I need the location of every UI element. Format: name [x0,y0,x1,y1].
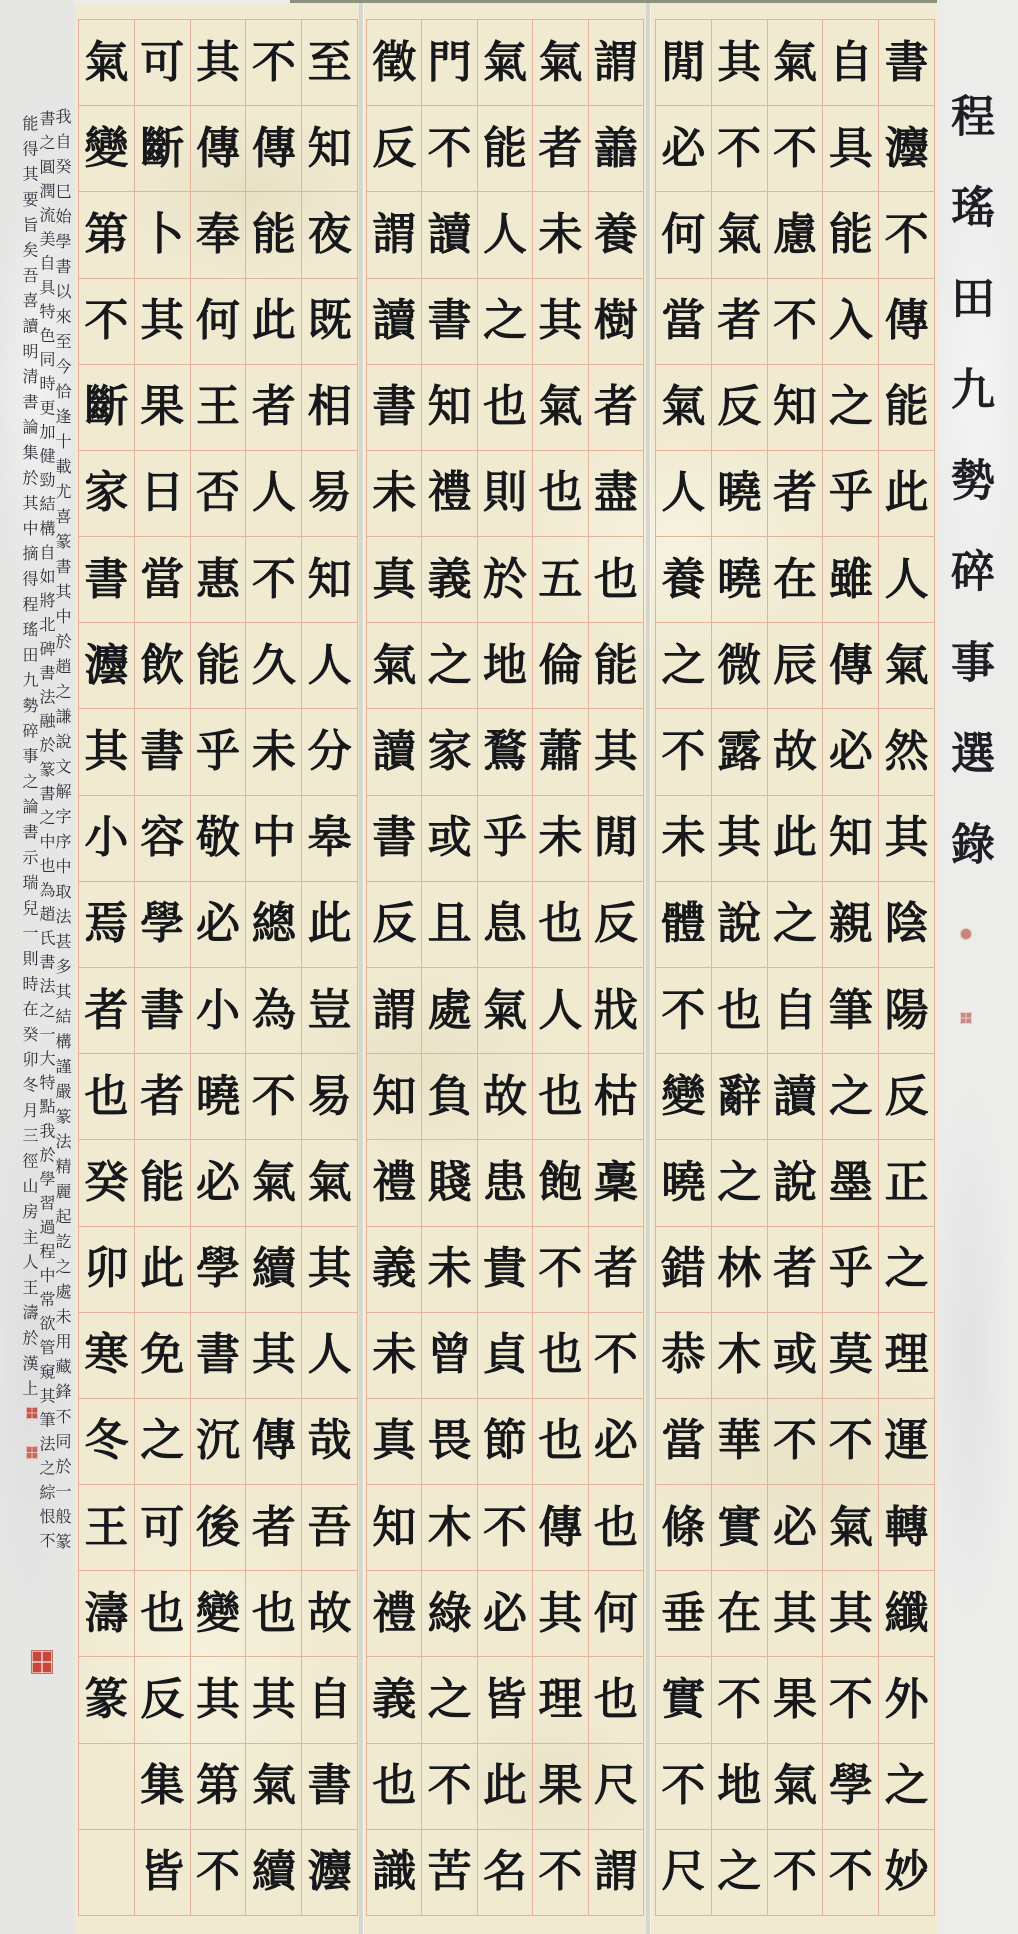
grid-cell: 氣 [245,1744,301,1830]
grid-cell: 木 [711,1313,767,1399]
seal-script-character: 也 [140,1592,184,1636]
grid-cell: 在 [711,1571,767,1657]
grid-cell: 辰 [767,623,823,709]
seal-script-character: 氣 [717,213,761,257]
seal-script-character: 陽 [885,989,929,1033]
seal-script-character: 氣 [372,644,416,688]
seal-script-character: 卜 [140,213,184,257]
grid-cell: 其 [532,1571,587,1657]
grid-cell: 負 [421,1054,476,1140]
seal-script-character: 書 [372,385,416,429]
grid-cell: 也 [532,451,587,537]
grid-cell: 飽 [532,1140,587,1226]
grid-cell: 不 [822,1399,878,1485]
grid-cell: 處 [421,968,476,1054]
grid-cell: 露 [711,709,767,795]
grid-cell: 也 [588,537,643,623]
seal-script-character: 氣 [84,41,128,85]
grid-cell: 哉 [301,1399,357,1485]
grid-cell: 不 [190,1830,246,1916]
grid-cell: 入 [822,279,878,365]
seal-script-character: 不 [483,1506,527,1550]
grid-cell: 其 [711,20,767,106]
grid-cell: 反 [588,882,643,968]
grid-cell: 不 [822,1657,878,1743]
seal-script-character: 也 [538,1075,582,1119]
grid-cell: 轉 [878,1485,934,1571]
grid-cell: 變 [655,1054,711,1140]
grid-cell: 書 [78,537,134,623]
seal-script-character: 木 [428,1506,472,1550]
seal-script-character: 之 [428,644,472,688]
seal-script-character: 不 [252,41,296,85]
grid-cell: 其 [78,709,134,795]
seal-script-character: 未 [372,471,416,515]
grid-cell: 曉 [655,1140,711,1226]
grid-cell: 於 [477,537,532,623]
grid-cell: 未 [655,796,711,882]
grid-cell: 盡 [588,451,643,537]
seal-script-character: 曾 [428,1333,472,1377]
grid-cell: 之 [711,1140,767,1226]
seal-script-character: 息 [483,902,527,946]
seal-script-character: 不 [829,1678,873,1722]
grid-cell: 木 [421,1485,476,1571]
grid-cell: 且 [421,882,476,968]
seal-script-character: 敬 [196,816,240,860]
grid-cell: 自 [767,968,823,1054]
seal-script-character: 分 [308,730,352,774]
seal-script-character: 不 [773,1850,817,1894]
seal-script-character: 乎 [196,730,240,774]
seal-script-character: 木 [717,1333,761,1377]
grid-cell: 也 [477,365,532,451]
seal-script-character: 也 [372,1764,416,1808]
seal-script-character: 哉 [308,1419,352,1463]
grid-cell: 其 [588,709,643,795]
seal-script-character: 沉 [196,1419,240,1463]
colophon-seal-1-icon [26,1407,38,1419]
seal-script-character: 能 [483,127,527,171]
grid-cell: 乎 [822,1227,878,1313]
grid-cell: 不 [655,709,711,795]
grid-cell: 第 [78,192,134,278]
grid-cell: 此 [245,279,301,365]
seal-script-character: 體 [661,902,705,946]
grid-cell: 辭 [711,1054,767,1140]
grid-cell: 慮 [767,192,823,278]
grid-cell: 氣 [477,968,532,1054]
seal-script-character: 垂 [661,1592,705,1636]
grid-cell: 故 [767,709,823,795]
grid-cell: 謂 [366,192,421,278]
seal-script-character: 灋 [84,644,128,688]
seal-script-character: 華 [717,1419,761,1463]
seal-script-character: 皋 [308,816,352,860]
grid-cell: 分 [301,709,357,795]
grid-cell: 枯 [588,1054,643,1140]
grid-cell: 識 [366,1830,421,1916]
seal-script-character: 何 [196,299,240,343]
grid-cell: 之 [421,1657,476,1743]
seal-script-character: 書 [84,558,128,602]
seal-script-character: 易 [308,471,352,515]
seal-script-character: 知 [308,558,352,602]
seal-script-character: 故 [483,1075,527,1119]
seal-script-character: 此 [885,471,929,515]
seal-script-character: 傳 [538,1506,582,1550]
seal-script-character: 書 [885,41,929,85]
seal-script-character: 倫 [538,644,582,688]
seal-script-character: 此 [773,816,817,860]
seal-script-character: 也 [538,1419,582,1463]
grid-cell: 也 [134,1571,190,1657]
seal-script-character: 或 [773,1333,817,1377]
grid-cell: 不 [477,1485,532,1571]
grid-cell: 冬 [78,1399,134,1485]
grid-cell: 閒 [655,20,711,106]
grid-cell: 知 [366,1054,421,1140]
grid-cell: 此 [878,451,934,537]
seal-script-character: 此 [308,902,352,946]
grid-cell: 也 [245,1571,301,1657]
seal-script-character: 之 [717,1850,761,1894]
grid-cell: 說 [767,1140,823,1226]
seal-script-character: 謂 [372,989,416,1033]
seal-script-character: 久 [252,644,296,688]
grid-cell: 不 [421,106,476,192]
seal-script-character: 正 [885,1161,929,1205]
colophon-line-1: 我自癸巳始學書以來至今恰逢十載尤喜篆書其中於趙之謙說文解字序中取法甚多其結構謹嚴… [54,108,70,1558]
grid-cell: 未 [421,1227,476,1313]
seal-script-character: 不 [773,299,817,343]
title-round-seal-icon [960,928,972,940]
seal-script-character: 者 [594,385,638,429]
seal-script-character: 盡 [594,471,638,515]
seal-script-character: 理 [885,1333,929,1377]
grid-cell: 正 [878,1140,934,1226]
grid-cell: 灋 [301,1830,357,1916]
seal-script-character: 易 [308,1075,352,1119]
grid-cell: 可 [134,1485,190,1571]
seal-script-character: 必 [196,1161,240,1205]
title-square-seal-icon [960,1012,972,1024]
grid-cell: 既 [301,279,357,365]
grid-cell: 患 [477,1140,532,1226]
grid-cell: 之 [421,623,476,709]
seal-script-character: 讀 [372,299,416,343]
seal-script-character: 閒 [594,816,638,860]
grid-cell: 貴 [477,1227,532,1313]
grid-cell: 也 [366,1744,421,1830]
grid-cell: 氣 [301,1140,357,1226]
seal-script-character: 可 [140,1506,184,1550]
grid-cell: 奉 [190,192,246,278]
grid-cell: 義 [366,1657,421,1743]
seal-script-character: 不 [773,127,817,171]
grid-cell: 敬 [190,796,246,882]
seal-script-character: 筆 [829,989,873,1033]
seal-script-character: 癸 [84,1161,128,1205]
grid-cell: 變 [190,1571,246,1657]
seal-script-character: 免 [140,1333,184,1377]
seal-script-character: 傳 [885,299,929,343]
seal-script-character: 斷 [140,127,184,171]
seal-script-character: 蕭 [538,730,582,774]
seal-script-character: 鶩 [483,730,527,774]
seal-script-character: 知 [773,385,817,429]
seal-script-character: 未 [372,1333,416,1377]
seal-script-character: 譱 [594,127,638,171]
seal-script-character: 氣 [885,644,929,688]
name-seal-icon [32,1651,52,1673]
seal-script-character: 吾 [308,1506,352,1550]
seal-script-character: 徵 [372,41,416,85]
grid-cell: 讀 [767,1054,823,1140]
grid-cell: 錯 [655,1227,711,1313]
grid-cell: 反 [366,106,421,192]
grid-cell: 能 [588,623,643,709]
seal-script-character: 真 [372,558,416,602]
seal-script-character: 名 [483,1850,527,1894]
seal-script-character: 氣 [538,41,582,85]
grid-cell: 妙 [878,1830,934,1916]
grid-cell: 必 [655,106,711,192]
grid-cell: 寒 [78,1313,134,1399]
grid-cell: 綠 [421,1571,476,1657]
seal-script-character: 飲 [140,644,184,688]
seal-script-character: 者 [252,385,296,429]
grid-cell: 不 [78,279,134,365]
seal-script-character: 相 [308,385,352,429]
seal-script-character: 恭 [661,1333,705,1377]
grid-cell: 人 [301,623,357,709]
grid-cell: 不 [245,537,301,623]
grid-cell: 篆 [78,1657,134,1743]
grid-cell: 容 [134,796,190,882]
seal-script-character: 乎 [483,816,527,860]
seal-script-character: 可 [140,41,184,85]
seal-script-character: 自 [773,989,817,1033]
grid-cell: 禮 [366,1571,421,1657]
grid-cell: 者 [711,279,767,365]
seal-script-character: 禮 [428,471,472,515]
grid-cell: 也 [532,1054,587,1140]
seal-script-character: 外 [885,1678,929,1722]
seal-script-character: 變 [196,1592,240,1636]
grid-cell: 者 [245,1485,301,1571]
grid-cell: 微 [711,623,767,709]
grid-cell: 果 [767,1657,823,1743]
seal-script-character: 焉 [84,902,128,946]
seal-script-character: 篆 [84,1678,128,1722]
grid-cell: 何 [655,192,711,278]
seal-script-character: 此 [140,1247,184,1291]
seal-script-character: 皆 [483,1678,527,1722]
grid-cell: 反 [878,1054,934,1140]
colophon-line-2: 書之圓潤流美自具特色同時更加健勁結構自如將北碑書法融於篆書之中也為趙氏書法之一大… [38,110,54,1556]
seal-script-character: 斷 [84,385,128,429]
grid-cell: 垂 [655,1571,711,1657]
seal-script-character: 賤 [428,1161,472,1205]
grid-cell: 也 [588,1657,643,1743]
grid-cell: 日 [134,451,190,537]
seal-script-character: 纖 [885,1592,929,1636]
seal-script-character: 錯 [661,1247,705,1291]
grid-cell: 反 [711,365,767,451]
seal-script-character: 曉 [661,1161,705,1205]
grid-cell: 當 [134,537,190,623]
grid-cell: 斷 [134,106,190,192]
seal-script-character: 條 [661,1506,705,1550]
seal-script-character: 之 [773,902,817,946]
grid-cell: 必 [477,1571,532,1657]
seal-script-character: 人 [483,213,527,257]
colophon-line-3: 能得其要旨矣吾喜讀明清書論集於其中摘得程瑤田九勢碎事之論書示瑞兒一則時在癸卯冬月… [21,115,37,1405]
grid-cell: 人 [655,451,711,537]
grid-cell: 苦 [421,1830,476,1916]
seal-script-character: 氣 [252,1161,296,1205]
grid-cell: 濤 [78,1571,134,1657]
seal-script-character: 反 [885,1075,929,1119]
grid-cell: 讀 [366,279,421,365]
seal-script-character: 必 [829,730,873,774]
grid-cell: 其 [532,279,587,365]
grid-cell: 尺 [588,1744,643,1830]
grid-cell: 灋 [878,106,934,192]
seal-script-character: 必 [594,1419,638,1463]
seal-script-character: 露 [717,730,761,774]
seal-script-character: 家 [428,730,472,774]
seal-script-character: 地 [717,1764,761,1808]
grid-cell: 書 [366,796,421,882]
seal-script-character: 也 [594,1678,638,1722]
seal-script-character: 不 [252,1075,296,1119]
grid-cell: 不 [822,1830,878,1916]
seal-script-character: 不 [196,1850,240,1894]
seal-script-character: 地 [483,644,527,688]
grid-cell: 謂 [588,20,643,106]
seal-script-character: 書 [140,989,184,1033]
seal-script-character: 患 [483,1161,527,1205]
seal-script-character: 讀 [372,730,416,774]
grid-cell: 自 [301,1657,357,1743]
grid-cell: 未 [245,709,301,795]
seal-script-character: 林 [717,1247,761,1291]
grid-cell: 說 [711,882,767,968]
grid-cell: 灋 [78,623,134,709]
seal-script-character: 不 [538,1850,582,1894]
grid-cell: 其 [301,1227,357,1313]
seal-script-character: 人 [661,471,705,515]
grid-cell: 地 [711,1744,767,1830]
grid-cell: 者 [767,1227,823,1313]
grid-cell: 不 [767,279,823,365]
grid-cell: 豈 [301,968,357,1054]
grid-cell: 第 [190,1744,246,1830]
grid-cell: 不 [767,1399,823,1485]
seal-script-character: 未 [428,1247,472,1291]
grid-cell: 夜 [301,192,357,278]
grid-cell: 五 [532,537,587,623]
seal-script-character: 容 [140,816,184,860]
grid-cell: 反 [134,1657,190,1743]
grid-cell: 能 [822,192,878,278]
grid-cell: 實 [711,1485,767,1571]
seal-script-character: 義 [372,1678,416,1722]
grid-cell: 免 [134,1313,190,1399]
grid-cell: 之 [134,1399,190,1485]
grid-cell [78,1744,134,1830]
seal-script-character: 未 [252,730,296,774]
grid-cell: 書 [134,709,190,795]
seal-script-character: 也 [538,471,582,515]
grid-cell: 能 [134,1140,190,1226]
seal-script-character: 五 [538,558,582,602]
seal-script-character: 當 [661,299,705,343]
grid-cell: 易 [301,1054,357,1140]
grid-cell: 也 [588,1485,643,1571]
seal-script-character: 不 [428,127,472,171]
seal-script-character: 自 [308,1678,352,1722]
grid-cell: 其 [822,1571,878,1657]
seal-script-character: 雖 [829,558,873,602]
grid-cell: 傳 [532,1485,587,1571]
seal-script-character: 自 [829,41,873,85]
seal-script-character: 冬 [84,1419,128,1463]
seal-script-character: 學 [829,1764,873,1808]
seal-script-character: 至 [308,41,352,85]
seal-script-character: 集 [140,1764,184,1808]
seal-script-character: 書 [308,1764,352,1808]
grid-cell: 必 [190,882,246,968]
grid-cell [78,1830,134,1916]
seal-script-character: 能 [594,644,638,688]
grid-cell: 人 [878,537,934,623]
seal-script-character: 者 [717,299,761,343]
seal-script-character: 氣 [829,1506,873,1550]
seal-script-character: 其 [140,299,184,343]
seal-script-character: 第 [196,1764,240,1808]
grid-cell: 則 [477,451,532,537]
seal-script-character: 氣 [483,41,527,85]
seal-script-character: 其 [594,730,638,774]
grid-cell: 氣 [477,20,532,106]
seal-script-character: 傳 [196,127,240,171]
seal-script-character: 者 [140,1075,184,1119]
seal-script-character: 之 [885,1764,929,1808]
grid-cell: 或 [767,1313,823,1399]
seal-script-character: 小 [84,816,128,860]
seal-script-character: 之 [483,299,527,343]
grid-cell: 曾 [421,1313,476,1399]
seal-script-character: 書 [428,299,472,343]
grid-cell: 不 [532,1227,587,1313]
grid-cell: 之 [822,365,878,451]
seal-script-character: 書 [140,730,184,774]
seal-script-character: 學 [140,902,184,946]
seal-script-character: 夜 [308,213,352,257]
grid-cell: 當 [655,279,711,365]
seal-script-character: 之 [428,1678,472,1722]
grid-cell: 氣 [532,20,587,106]
seal-script-character: 必 [773,1506,817,1550]
grid-cell: 雖 [822,537,878,623]
grid-cell: 尺 [655,1830,711,1916]
seal-script-character: 畏 [428,1419,472,1463]
grid-cell: 相 [301,365,357,451]
grid-cell: 癸 [78,1140,134,1226]
